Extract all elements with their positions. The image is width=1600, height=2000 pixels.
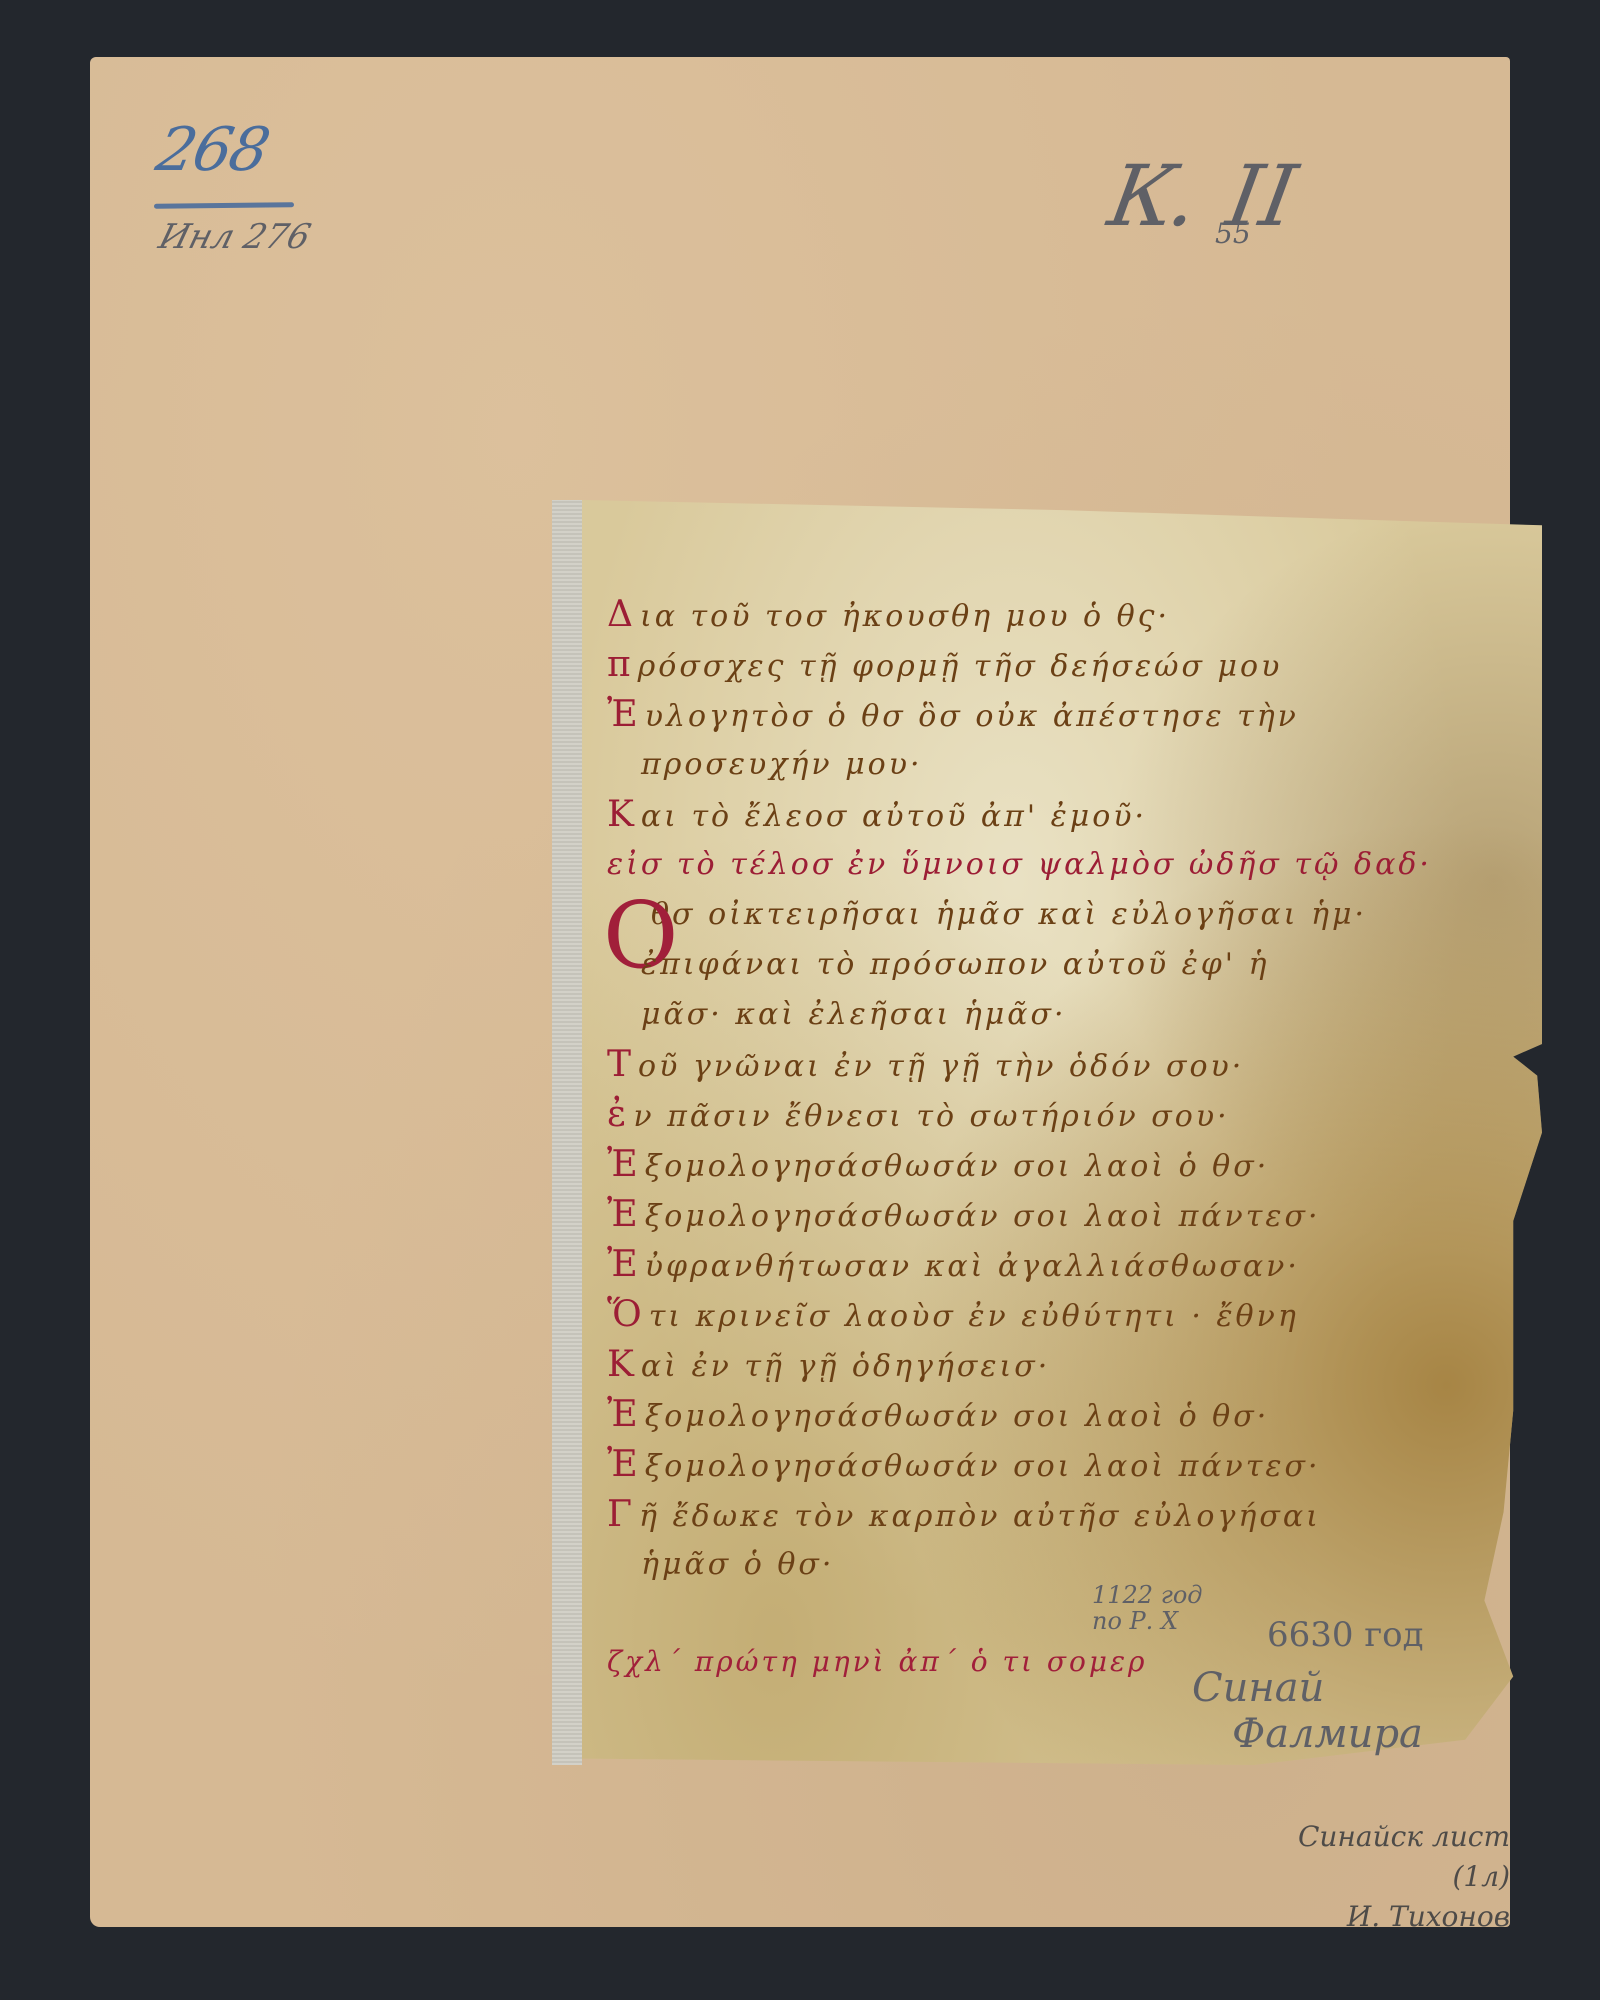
manuscript-line: πρόσσχες τῇ φορμῇ τῆσ δεήσεώσ μου [607,640,1487,690]
manuscript-line: Ἐυλογητὸσ ὁ θσ ὃσ οὐκ ἀπέστησε τὴν [607,690,1487,740]
annotation-year-am: 6630 год [1267,1615,1424,1655]
line-text: τι κρινεῖσ λαοὺσ ἐν εὐθύτητι · ἔθνη [649,1299,1299,1334]
manuscript-line: μᾶσ· καὶ ἐλεῆσαι ἡμᾶσ· [607,990,1487,1040]
line-text: μᾶσ· καὶ ἐλεῆσαι ἡμᾶσ· [641,997,1067,1032]
manuscript-line: εἰσ τὸ τέλοσ ἐν ὕμνοισ ψαλμὸσ ὠδῆσ τῷ δα… [607,840,1487,890]
manuscript-line: Ἐξομολογησάσθωσάν σοι λαοὶ ὁ θσ· [607,1140,1487,1190]
classification-mark: К. II [1092,147,1312,245]
manuscript-line: Καὶ ἐν τῇ γῇ ὁδηγήσεισ· [607,1340,1487,1390]
rubricated-initial: Κ [607,1344,637,1385]
line-text: ῆ ἔδωκε τὸν καρπὸν αὐτῆσ εὐλογήσαι [639,1499,1321,1534]
footnote-line2: И. Тихонов [1240,1897,1510,1937]
mounting-card: 268 Инл 276 К. II 55 Δια τοῦ τοσ ἠκουσθη… [90,57,1510,1927]
manuscript-line: Ὅτι κρινεῖσ λαοὺσ ἐν εὐθύτητι · ἔθνη [607,1290,1487,1340]
rubricated-initial: Ἐ [607,694,641,735]
line-text: αὶ ἐν τῇ γῇ ὁδηγήσεισ· [641,1349,1050,1384]
footnote-line1: Синайск лист (1л) [1240,1817,1510,1897]
manuscript-text: Δια τοῦ τοσ ἠκουσθη μου ὁ θς·πρόσσχες τῇ… [607,590,1487,1590]
line-text: ν πᾶσιν ἔθνεσι τὸ σωτήριόν σου· [633,1099,1229,1134]
rubricated-initial: Ἐ [607,1444,641,1485]
manuscript-line: προσευχήν μου· [607,740,1487,790]
manuscript-line: Τοῦ γνῶναι ἐν τῇ γῇ τὴν ὁδόν σου· [607,1040,1487,1090]
year-ad-line2: по Р. Х [1092,1608,1203,1634]
rubricated-initial: Ἐ [607,1244,641,1285]
line-text: θσ οἰκτειρῆσαι ἡμᾶσ καὶ εὐλογῆσαι ἡμ· [651,897,1367,932]
line-text: προσευχήν μου· [641,747,923,782]
rubricated-initial: Δ [607,594,636,635]
rubricated-initial: Ἐ [607,1144,641,1185]
manuscript-line: Ἐξομολογησάσθωσάν σοι λαοὶ πάντεσ· [607,1440,1487,1490]
rubricated-initial: Γ [607,1494,635,1535]
manuscript-line: Ἐξομολογησάσθωσάν σοι λαοὶ πάντεσ· [607,1190,1487,1240]
librarian-footnote: Синайск лист (1л) И. Тихонов [1240,1817,1510,1937]
manuscript-line: ἐν πᾶσιν ἔθνεσι τὸ σωτήριόν σου· [607,1090,1487,1140]
colophon-note: ζχλ΄ πρώτη μηνὶ ἀπ΄ ὁ τι σομερ [607,1645,1148,1678]
rubricated-initial: π [607,644,634,685]
line-text: ὐφρανθήτωσαν καὶ ἀγαλλιάσθωσαν· [645,1249,1300,1284]
line-text: ἡμᾶσ ὁ θσ· [641,1547,834,1582]
annotation-provenance: Синай Фалмира [1192,1665,1423,1757]
line-text: ρόσσχες τῇ φορμῇ τῆσ δεήσεώσ μου [638,649,1283,684]
rubricated-initial: ἐ [607,1094,629,1135]
shelfmark-underline [154,202,294,208]
line-text: ἐπιφάναι τὸ πρόσωπον αὐτοῦ ἐφ' ἡ [641,947,1270,982]
rubricated-initial: Τ [607,1044,634,1085]
manuscript-line: ἡμᾶσ ὁ θσ· [607,1540,1487,1590]
rubricated-initial: Κ [607,794,637,835]
parchment-fragment: Δια τοῦ τοσ ἠκουσθη μου ὁ θς·πρόσσχες τῇ… [552,500,1552,1765]
provenance-line2: Фалмира [1192,1711,1423,1757]
line-text: υλογητὸσ ὁ θσ ὃσ οὐκ ἀπέστησε τὴν [645,699,1299,734]
year-ad-line1: 1122 год [1092,1582,1203,1608]
line-text: ξομολογησάσθωσάν σοι λαοὶ ὁ θσ· [645,1399,1270,1434]
shelfmark-number: 268 [151,115,274,185]
manuscript-line: Δια τοῦ τοσ ἠκουσθη μου ὁ θς· [607,590,1487,640]
line-text: αι τὸ ἔλεοσ αὐτοῦ ἀπ' ἐμοῦ· [641,799,1147,834]
classification-sub: 55 [1215,217,1251,250]
line-text: εἰσ τὸ τέλοσ ἐν ὕμνοισ ψαλμὸσ ὠδῆσ τῷ δα… [607,847,1432,882]
rubricated-initial: Ὅ [607,1294,645,1335]
line-text: ξομολογησάσθωσάν σοι λαοὶ πάντεσ· [645,1199,1321,1234]
manuscript-line: Και τὸ ἔλεοσ αὐτοῦ ἀπ' ἐμοῦ· [607,790,1487,840]
manuscript-line: Ἐὐφρανθήτωσαν καὶ ἀγαλλιάσθωσαν· [607,1240,1487,1290]
manuscript-line: Οθσ οἰκτειρῆσαι ἡμᾶσ καὶ εὐλογῆσαι ἡμ· [607,890,1487,940]
manuscript-line: Γῆ ἔδωκε τὸν καρπὸν αὐτῆσ εὐλογήσαι [607,1490,1487,1540]
old-shelfmark: Инл 276 [155,217,315,257]
line-text: οῦ γνῶναι ἐν τῇ γῇ τὴν ὁδόν σου· [638,1049,1244,1084]
line-text: ξομολογησάσθωσάν σοι λαοὶ πάντεσ· [645,1449,1321,1484]
annotation-year-ad: 1122 год по Р. Х [1092,1582,1203,1634]
manuscript-line: Ἐξομολογησάσθωσάν σοι λαοὶ ὁ θσ· [607,1390,1487,1440]
hinge-tape [552,500,582,1765]
rubricated-initial: Ἐ [607,1394,641,1435]
provenance-line1: Синай [1192,1665,1423,1711]
rubricated-initial: Ἐ [607,1194,641,1235]
line-text: ια τοῦ τοσ ἠκουσθη μου ὁ θς· [640,599,1170,634]
line-text: ξομολογησάσθωσάν σοι λαοὶ ὁ θσ· [645,1149,1270,1184]
manuscript-line: ἐπιφάναι τὸ πρόσωπον αὐτοῦ ἐφ' ἡ [607,940,1487,990]
